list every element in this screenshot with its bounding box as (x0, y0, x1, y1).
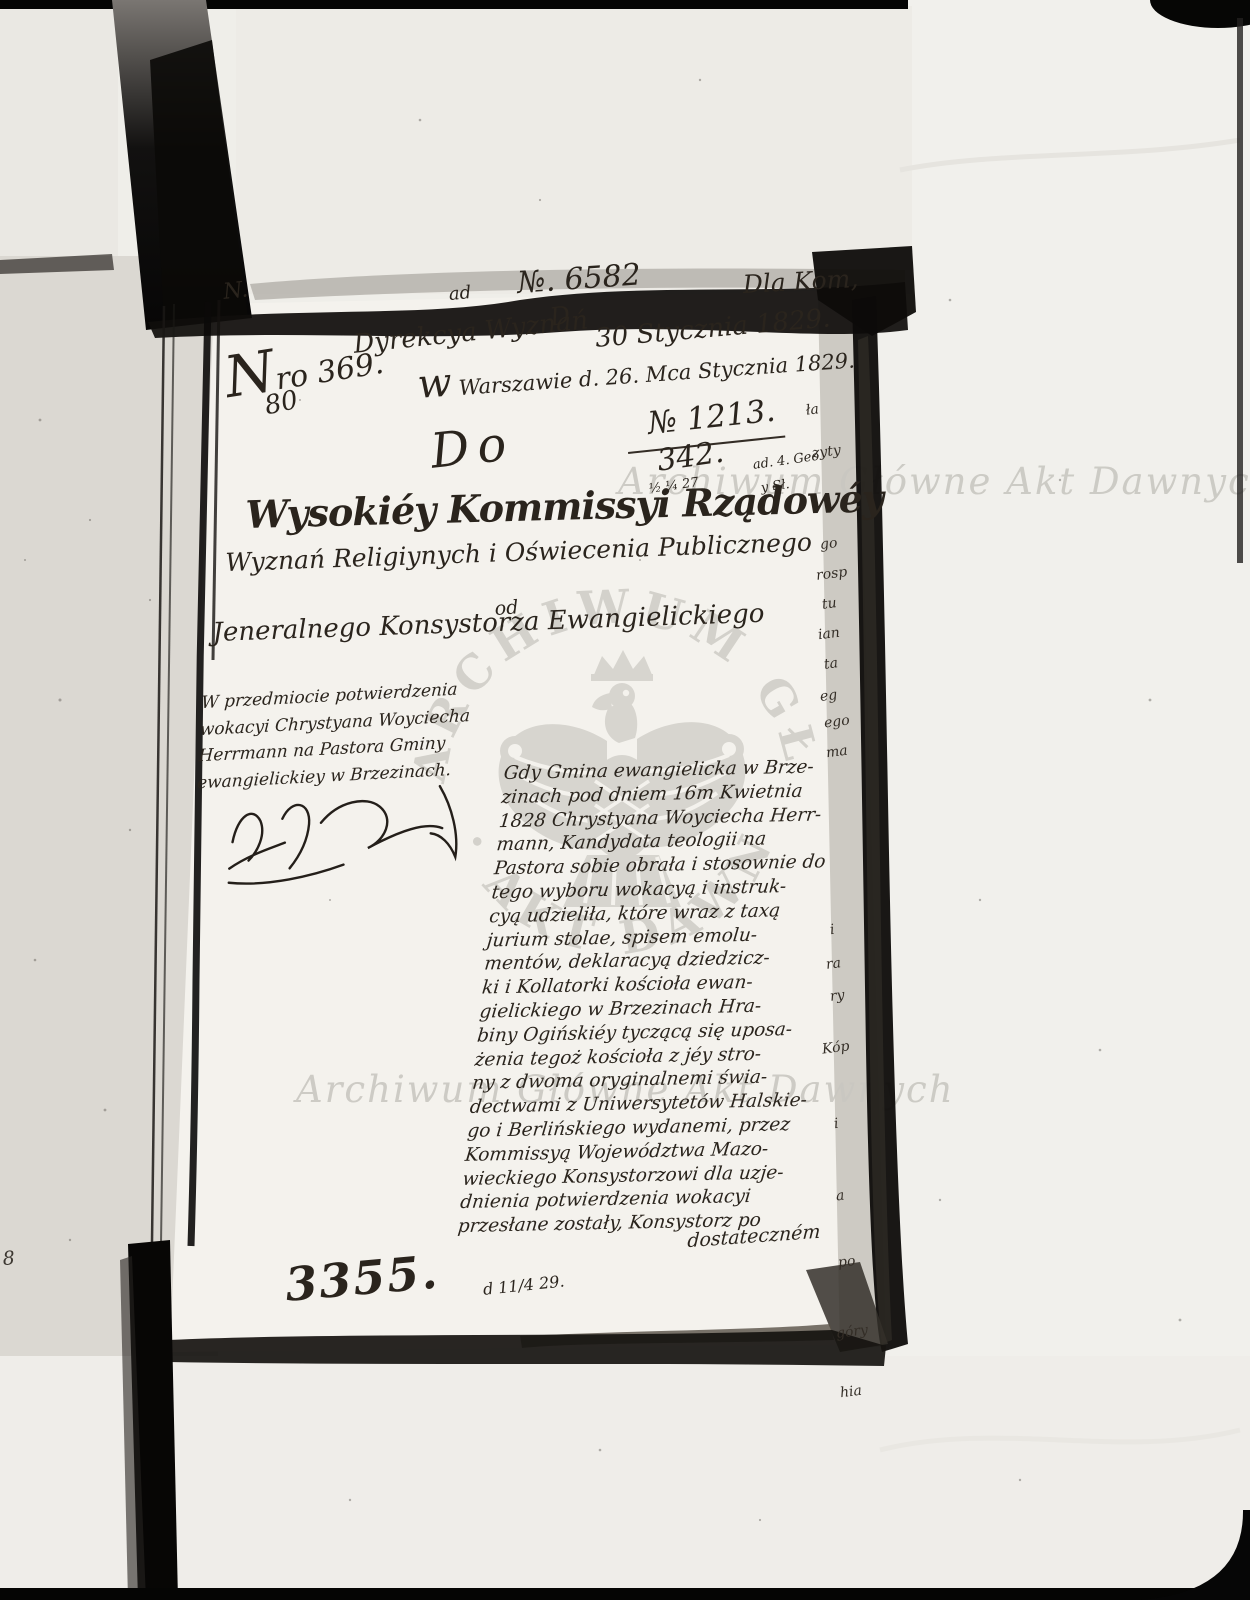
header-no-1213: № 1213. (646, 393, 777, 442)
address-line-1: Wysokiéy Kommissyi Rządowéy (245, 478, 771, 537)
strip-fragment: ma (825, 743, 848, 762)
header-ad4-note: ad. 4. Geo (752, 449, 820, 473)
strip-fragment: eg (819, 687, 838, 705)
strip-fragment: ian (817, 625, 841, 644)
strip-fragment: Kóp (821, 1038, 850, 1057)
strip-fragment: i (829, 922, 835, 938)
margin-left-eight: 8 (2, 1247, 16, 1270)
strip-fragment: go (819, 535, 838, 553)
address-line-2: Wyznań Religiynych i Oświecenia Publiczn… (225, 529, 781, 577)
annotation-ad: ad (448, 282, 472, 305)
footer-note: d 11/4 29. (482, 1271, 565, 1298)
strip-fragment: ta (823, 655, 839, 673)
strip-fragment: i (833, 1116, 839, 1132)
handwriting-layer: N. ad №. 6582 Dla Kom, D Dyrekcya Wyznań… (0, 0, 1250, 1600)
strip-fragment: ego (823, 712, 850, 731)
strip-fragment: ry (829, 987, 845, 1005)
header-342: 342. (655, 435, 726, 479)
header-eighty: 80 (262, 385, 301, 421)
strip-fragment: a (835, 1188, 845, 1205)
footer-number: 3355. (283, 1245, 441, 1312)
strip-fragment: po (837, 1253, 856, 1271)
strip-fragment: hia (839, 1383, 863, 1402)
strip-fragment: ła (805, 401, 820, 418)
strip-fragment: rosp (815, 564, 848, 584)
body-paragraph: Gdy Gmina ewangielicka w Brze- zinach po… (457, 755, 842, 1239)
strip-fragment: góry (835, 1322, 869, 1342)
annotation-ref-number: №. 6582 (516, 257, 642, 301)
strip-fragment: zyty (811, 442, 842, 461)
header-do: Do (428, 415, 517, 479)
address-line-3: Jeneralnego Konsystorza Ewangielickiego (212, 600, 733, 648)
annotation-n-left: N. (222, 277, 249, 304)
annotation-dla-kom: Dla Kom, (742, 264, 859, 299)
archival-photo: Archiwum Główne Akt Dawnych Archiwum Głó… (0, 0, 1250, 1600)
strip-fragment: tu (821, 595, 837, 613)
strip-fragment: ra (825, 955, 842, 973)
header-nro: Nro 369. (220, 321, 387, 411)
